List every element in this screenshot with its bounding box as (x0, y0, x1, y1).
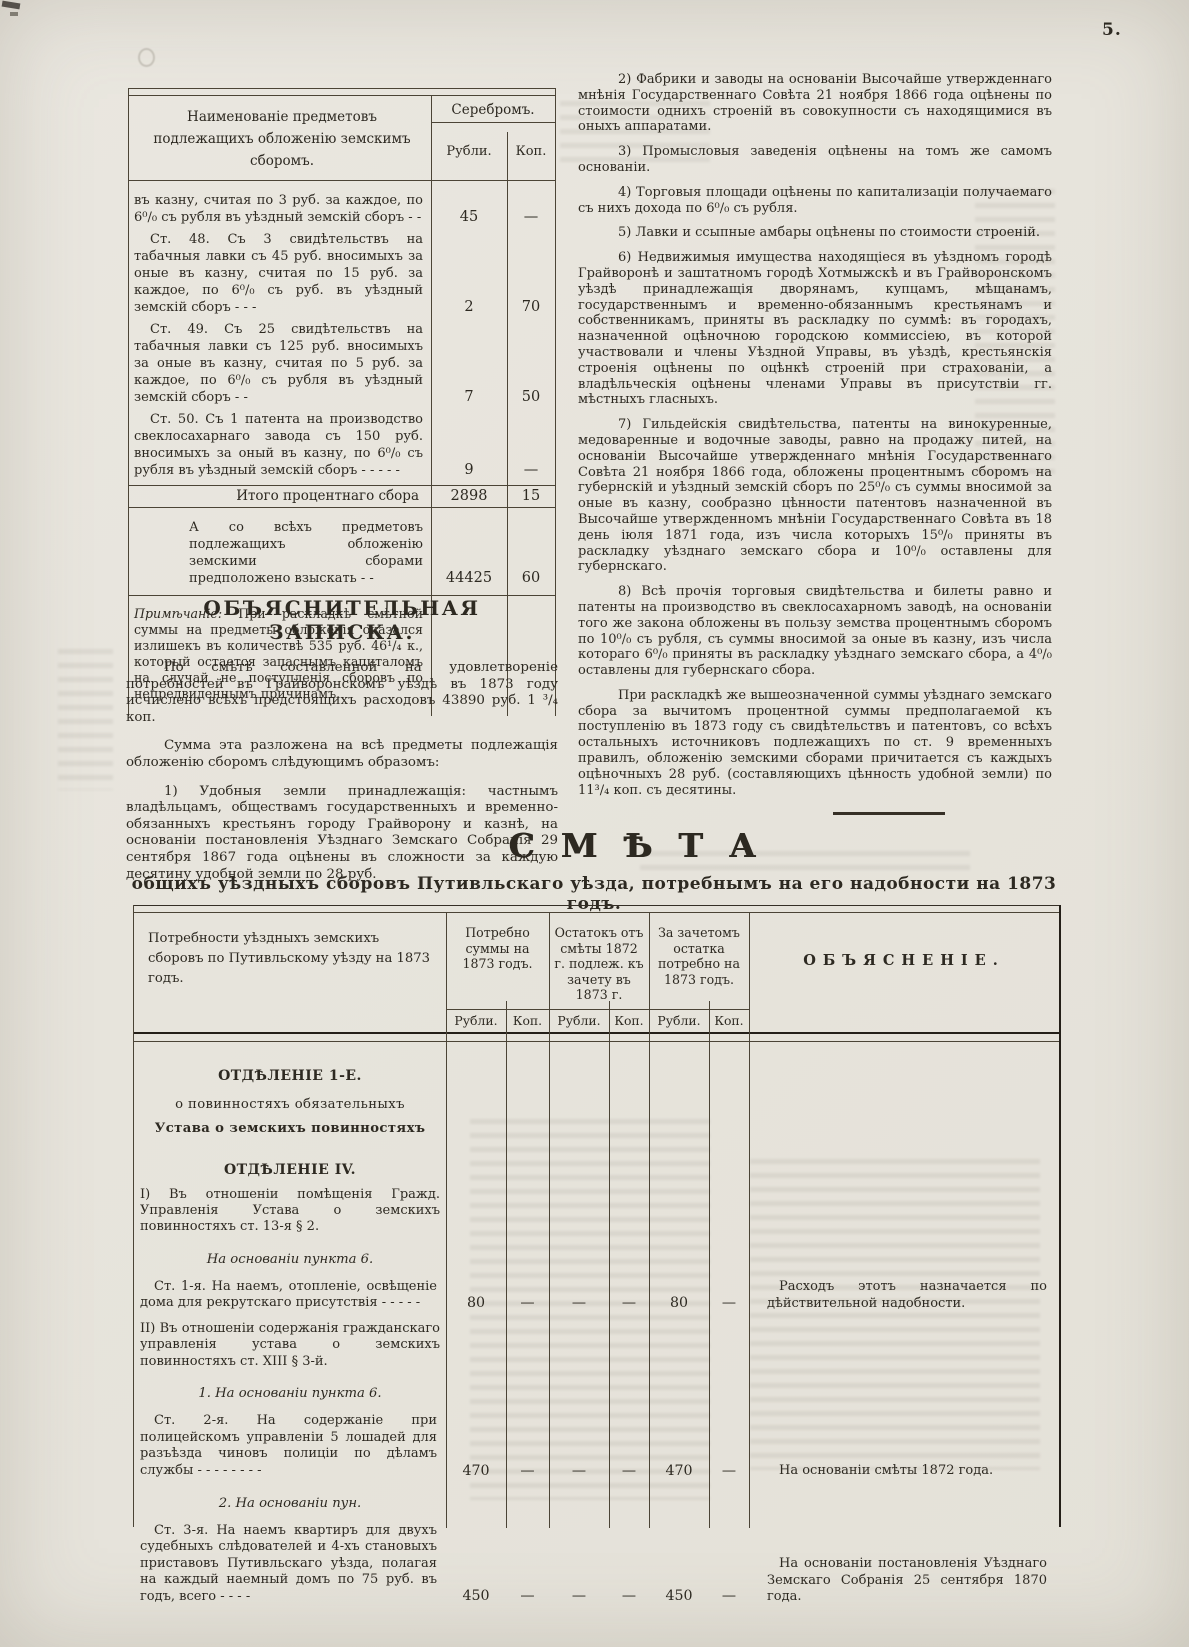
estimate-table-subheader: Рубли. Коп. Рубли. Коп. Рубли. Коп. (446, 1009, 1059, 1032)
remainder-rubles: — (549, 1588, 609, 1605)
scan-corner-mark (2, 1, 21, 10)
row-description: Ст. 49. Съ 25 свидѣтельствъ на табачныя … (129, 321, 431, 406)
after-offset-rubles: 80 (649, 1295, 709, 1312)
row-rubles: 9 (431, 462, 507, 479)
section-heading: ОТДѢЛЕНІЕ 1-Е. (134, 1068, 446, 1084)
section-subheading: о повинностяхъ обязательныхъ (134, 1097, 446, 1112)
basis-note: На основаніи пункта 6. (134, 1252, 446, 1267)
remainder-kopecks: — (609, 1463, 649, 1480)
row-kopecks: — (507, 462, 555, 479)
needed-kopecks: — (506, 1588, 549, 1605)
row-description: Ст. 2-я. На содержаніе при полицейскомъ … (134, 1413, 446, 1479)
after-offset-kopecks: — (709, 1295, 749, 1312)
bleed-through-ghost (58, 640, 113, 790)
table-top-rule (129, 88, 555, 96)
scan-corner-mark (10, 12, 18, 16)
scan-smudge (138, 48, 155, 67)
total-label: Итого процентнаго сбора (129, 488, 431, 505)
column-header-rubles: Рубли. (431, 123, 507, 180)
remainder-kopecks: — (609, 1588, 649, 1605)
estimate-row: Ст. 1-я. На наемъ, отопленіе, освѣщеніе … (134, 1279, 1059, 1312)
column-header-after-offset: За зачетомъ остатка потребно на 1873 год… (649, 913, 749, 1009)
table-column-line (649, 913, 650, 1528)
needed-kopecks: — (506, 1295, 549, 1312)
row-description: Ст. 1-я. На наемъ, отопленіе, освѣщеніе … (134, 1279, 446, 1312)
column-header-needs: Потребности уѣздныхъ земскихъ сборовъ по… (134, 913, 446, 1009)
basis-note: 2. На основаніи пун. (134, 1496, 446, 1511)
estimate-table-body: ОТДѢЛЕНІЕ 1-Е. о повинностяхъ обязательн… (134, 1068, 1059, 1606)
row-kopecks: 70 (507, 299, 555, 316)
row-rubles: 7 (431, 389, 507, 406)
row-description: Ст. 3-я. На наемъ квартиръ для двухъ суд… (134, 1523, 446, 1606)
paragraph: 4) Торговыя площади оцѣнены по капитализ… (578, 185, 1052, 217)
paragraph: По смѣтѣ составленной на удовлетвореніе … (126, 660, 558, 726)
row-kopecks: 50 (507, 389, 555, 406)
header-bottom-rule (134, 1032, 1059, 1042)
column-header-kopecks: Коп. (507, 123, 555, 180)
page-number: 5. (1102, 20, 1122, 40)
section-paragraph: II) Въ отношеніи содержанія гражданскаго… (134, 1321, 440, 1370)
estimate-row: Ст. 3-я. На наемъ квартиръ для двухъ суд… (134, 1523, 1059, 1606)
section-heading: ОТДѢЛЕНІЕ IV. (134, 1162, 446, 1178)
table-top-rule (134, 905, 1059, 913)
row-rubles: 45 (431, 209, 507, 226)
paragraph: Сумма эта разложена на всѣ предметы подл… (126, 738, 558, 771)
table-column-line (609, 1001, 610, 1528)
paragraph: 6) Недвижимыя имущества находящіеся въ у… (578, 250, 1052, 408)
row-description: въ казну, считая по 3 руб. за каждое, по… (129, 192, 431, 226)
estimate-row: Ст. 2-я. На содержаніе при полицейскомъ … (134, 1413, 1059, 1479)
section-title: ОБЪЯСНИТЕЛЬНАЯ ЗАПИСКА. (126, 596, 558, 644)
column-header-explanation: ОБЪЯСНЕНІЕ. (749, 913, 1059, 1009)
subheader-kopecks: Коп. (609, 1009, 649, 1032)
needed-rubles: 80 (446, 1295, 506, 1312)
column-header-needed-1873: Потребно суммы на 1873 годъ. (446, 913, 549, 1009)
table-column-line (446, 913, 447, 1528)
paragraph: 3) Промысловыя заведенія оцѣнены на томъ… (578, 144, 1052, 176)
subheader-rubles: Рубли. (649, 1009, 709, 1032)
table-column-line (709, 1001, 710, 1528)
remainder-kopecks: — (609, 1295, 649, 1312)
row-rubles: 2 (431, 299, 507, 316)
section-end-rule (833, 812, 945, 815)
grand-total-rubles: 44425 (431, 570, 507, 587)
row-explanation: На основаніи постановленія Уѣзднаго Земс… (749, 1556, 1059, 1605)
section-subheading: Устава о земскихъ повинностяхъ (134, 1121, 446, 1136)
grand-total-row: А со всѣхъ предметовъ подлежащихъ обложе… (129, 513, 555, 596)
remainder-rubles: — (549, 1463, 609, 1480)
row-kopecks: — (507, 209, 555, 226)
table-column-line (549, 913, 550, 1528)
estimate-table: Потребности уѣздныхъ земскихъ сборовъ по… (133, 905, 1061, 1527)
subheader-kopecks: Коп. (709, 1009, 749, 1032)
needed-rubles: 450 (446, 1588, 506, 1605)
paragraph: При раскладкѣ же вышеозначенной суммы уѣ… (578, 688, 1052, 799)
basis-note: 1. На основаніи пункта 6. (134, 1386, 446, 1401)
grand-total-kopecks: 60 (507, 570, 555, 587)
column-header-remainder-1872: Остатокъ отъ смѣты 1872 г. подлеж. къ за… (549, 913, 649, 1009)
row-description: Ст. 48. Съ 3 свидѣтельствъ на табачныя л… (129, 231, 431, 316)
paragraph: 7) Гильдейскія свидѣтельства, патенты на… (578, 417, 1052, 575)
needed-kopecks: — (506, 1463, 549, 1480)
grand-total-label: А со всѣхъ предметовъ подлежащихъ обложе… (129, 519, 431, 587)
total-rubles: 2898 (431, 488, 507, 505)
after-offset-rubles: 450 (649, 1588, 709, 1605)
needed-rubles: 470 (446, 1463, 506, 1480)
subheader-kopecks: Коп. (506, 1009, 549, 1032)
after-offset-rubles: 470 (649, 1463, 709, 1480)
total-row: Итого процентнаго сбора 2898 15 (129, 485, 555, 508)
total-kopecks: 15 (507, 488, 555, 505)
subheader-rubles: Рубли. (549, 1009, 609, 1032)
column-header-objects: Наименованіе предметовъ подлежащихъ обло… (129, 96, 431, 180)
after-offset-kopecks: — (709, 1588, 749, 1605)
estimate-title: СМѢТА (180, 826, 1110, 865)
column-header-silver: Серебромъ. (431, 96, 555, 123)
subheader-rubles: Рубли. (446, 1009, 506, 1032)
paragraph: 2) Фабрики и заводы на основаніи Высочай… (578, 72, 1052, 135)
scanned-page: 5. Наименованіе предметовъ подлежащихъ о… (0, 0, 1189, 1647)
row-description: Ст. 50. Съ 1 патента на производство све… (129, 411, 431, 479)
row-explanation: Расходъ этотъ назначается по дѣйствитель… (749, 1279, 1059, 1312)
table-header: Наименованіе предметовъ подлежащихъ обло… (129, 96, 555, 181)
table-row: Ст. 49. Съ 25 свидѣтельствъ на табачныя … (129, 321, 555, 406)
right-text-column: 2) Фабрики и заводы на основаніи Высочай… (578, 72, 1052, 815)
table-row: Ст. 48. Съ 3 свидѣтельствъ на табачныя л… (129, 231, 555, 316)
table-column-line (749, 913, 750, 1528)
table-column-line (506, 1001, 507, 1528)
paragraph: 5) Лавки и ссыпные амбары оцѣнены по сто… (578, 225, 1052, 241)
estimate-table-header: Потребности уѣздныхъ земскихъ сборовъ по… (134, 913, 1059, 1009)
remainder-rubles: — (549, 1295, 609, 1312)
table-row: Ст. 50. Съ 1 патента на производство све… (129, 411, 555, 479)
after-offset-kopecks: — (709, 1463, 749, 1480)
paragraph: 8) Всѣ прочія торговыя свидѣтельства и б… (578, 584, 1052, 679)
section-paragraph: I) Въ отношеніи помѣщенія Гражд. Управле… (134, 1187, 440, 1236)
table-row: въ казну, считая по 3 руб. за каждое, по… (129, 192, 555, 226)
column-header-silver-group: Серебромъ. Рубли. Коп. (431, 96, 555, 180)
row-explanation: На основаніи смѣты 1872 года. (749, 1463, 1059, 1479)
